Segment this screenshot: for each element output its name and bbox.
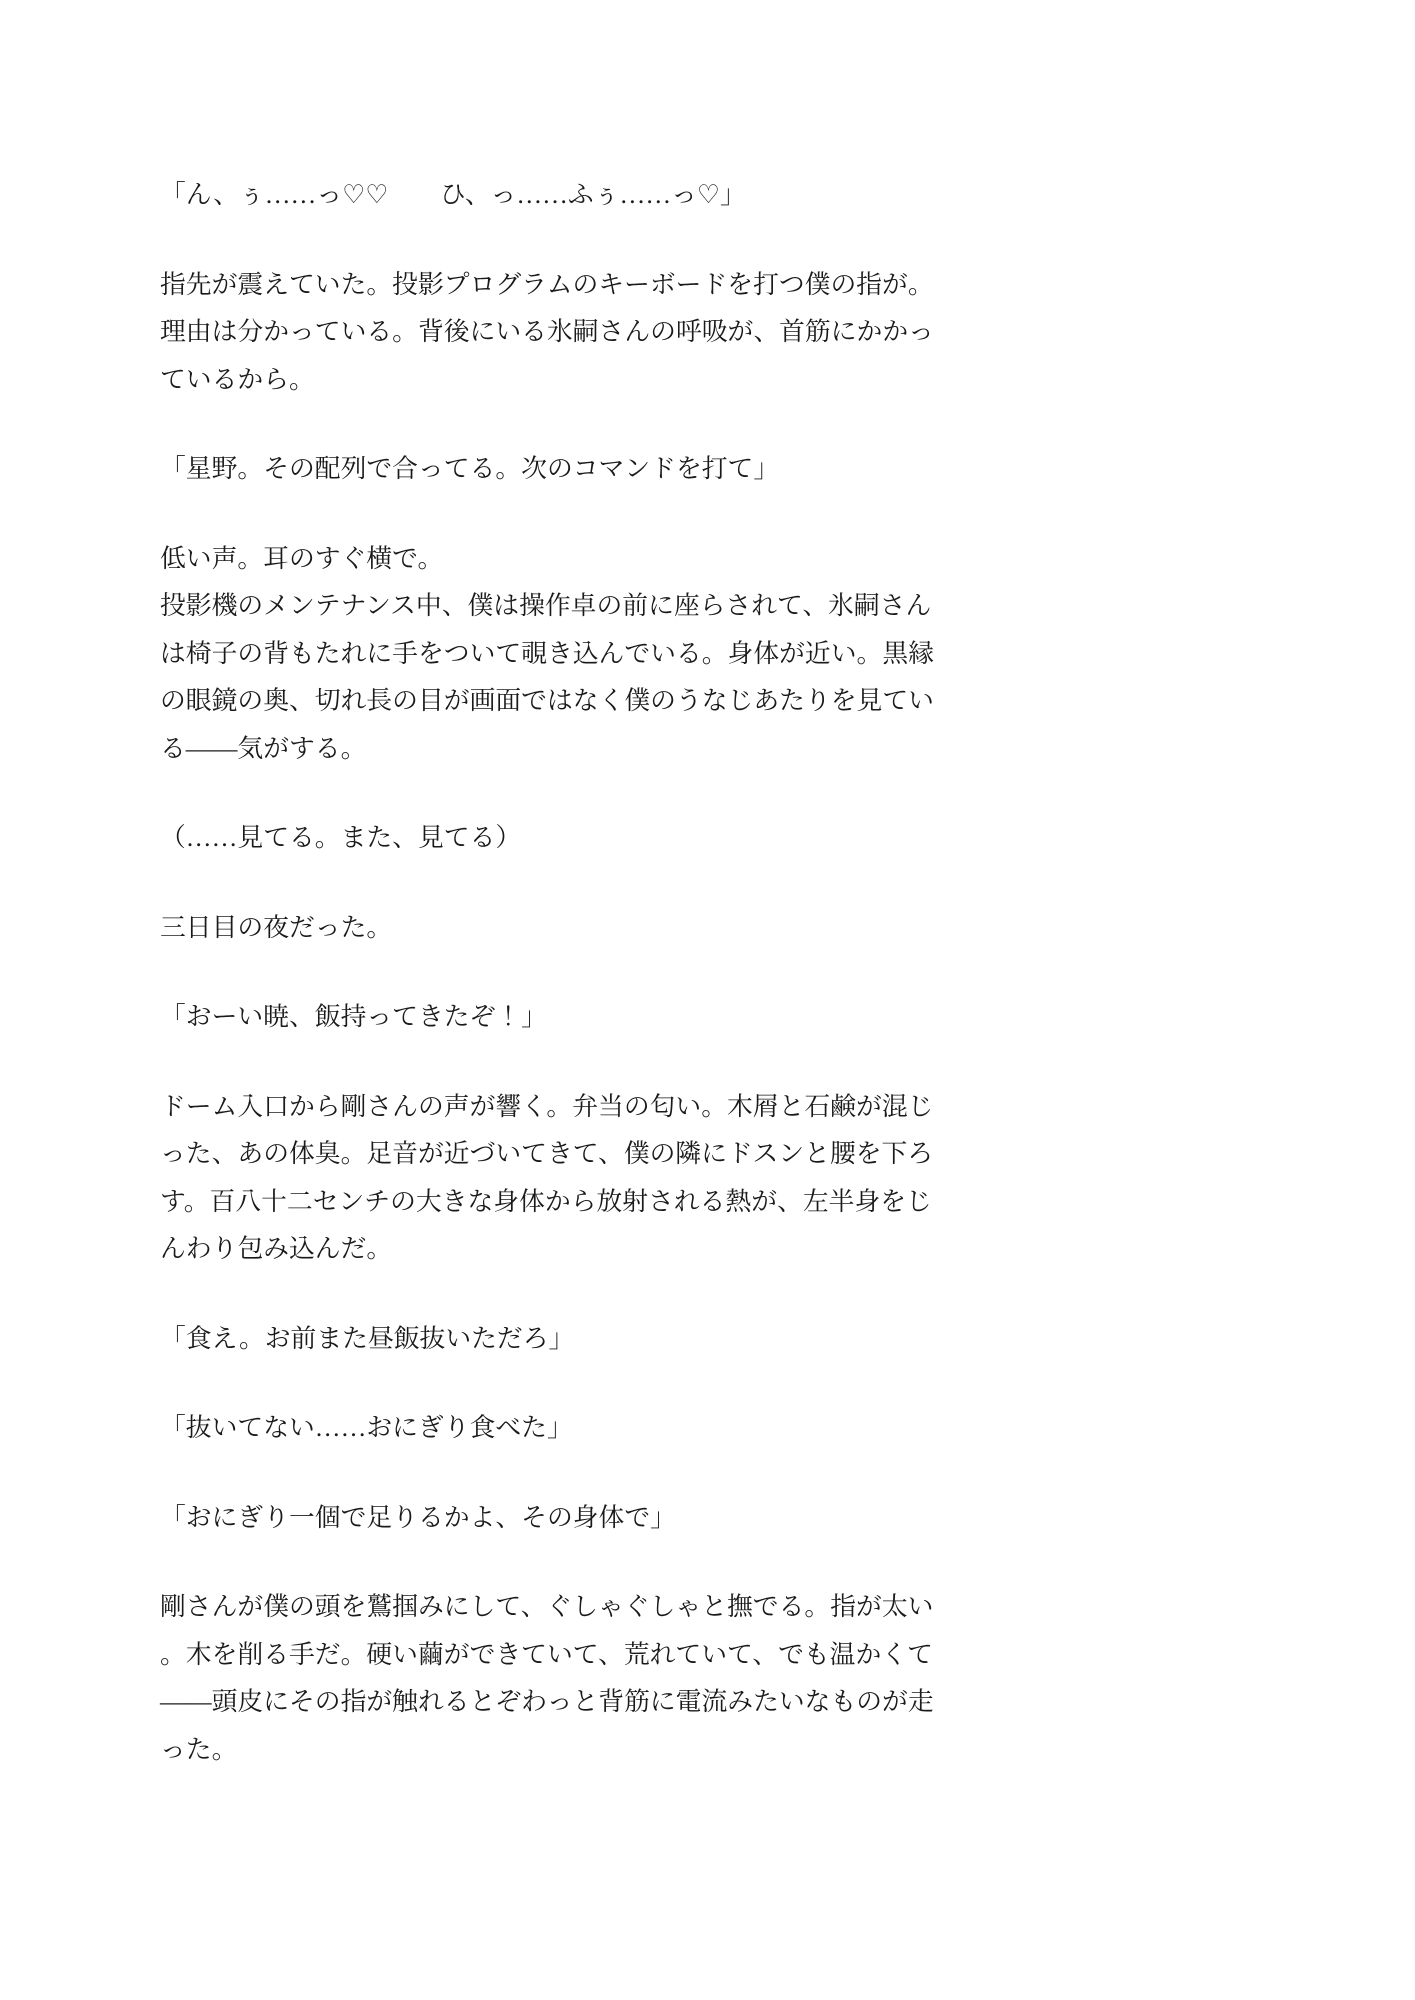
text-column: 「ん、ぅ……っ♡♡ ひ、っ……ふぅ……っ♡」 指先が震えていた。投影プログラムの…: [160, 171, 1000, 1773]
paragraph-inner-thought: （……見てる。また、見てる）: [160, 814, 1000, 862]
paragraph-narration-1: 指先が震えていた。投影プログラムのキーボードを打つ僕の指が。 理由は分かっている…: [160, 261, 1000, 404]
paragraph-dialogue-kue: 「食え。お前また昼飯抜いただろ」: [160, 1315, 1000, 1363]
paragraph-dialogue-nuitenai: 「抜いてない……おにぎり食べた」: [160, 1404, 1000, 1452]
paragraph-moan-dialogue: 「ん、ぅ……っ♡♡ ひ、っ……ふぅ……っ♡」: [160, 171, 1000, 219]
document-page: { "page": { "background_color": "#ffffff…: [0, 0, 1415, 2000]
paragraph-dialogue-onigiri: 「おにぎり一個で足りるかよ、その身体で」: [160, 1494, 1000, 1542]
paragraph-narration-5: 剛さんが僕の頭を鷲掴みにして、ぐしゃぐしゃと撫でる。指が太い 。木を削る手だ。硬…: [160, 1583, 1000, 1773]
paragraph-narration-4: ドーム入口から剛さんの声が響く。弁当の匂い。木屑と石鹸が混じ った、あの体臭。足…: [160, 1083, 1000, 1273]
paragraph-dialogue-hoshino: 「星野。その配列で合ってる。次のコマンドを打て」: [160, 445, 1000, 493]
page-background: 「ん、ぅ……っ♡♡ ひ、っ……ふぅ……っ♡」 指先が震えていた。投影プログラムの…: [0, 0, 1415, 2000]
paragraph-dialogue-ooi: 「おーい暁、飯持ってきたぞ！」: [160, 993, 1000, 1041]
paragraph-narration-2: 低い声。耳のすぐ横で。 投影機のメンテナンス中、僕は操作卓の前に座らされて、氷嗣…: [160, 535, 1000, 773]
paragraph-narration-3: 三日目の夜だった。: [160, 904, 1000, 952]
